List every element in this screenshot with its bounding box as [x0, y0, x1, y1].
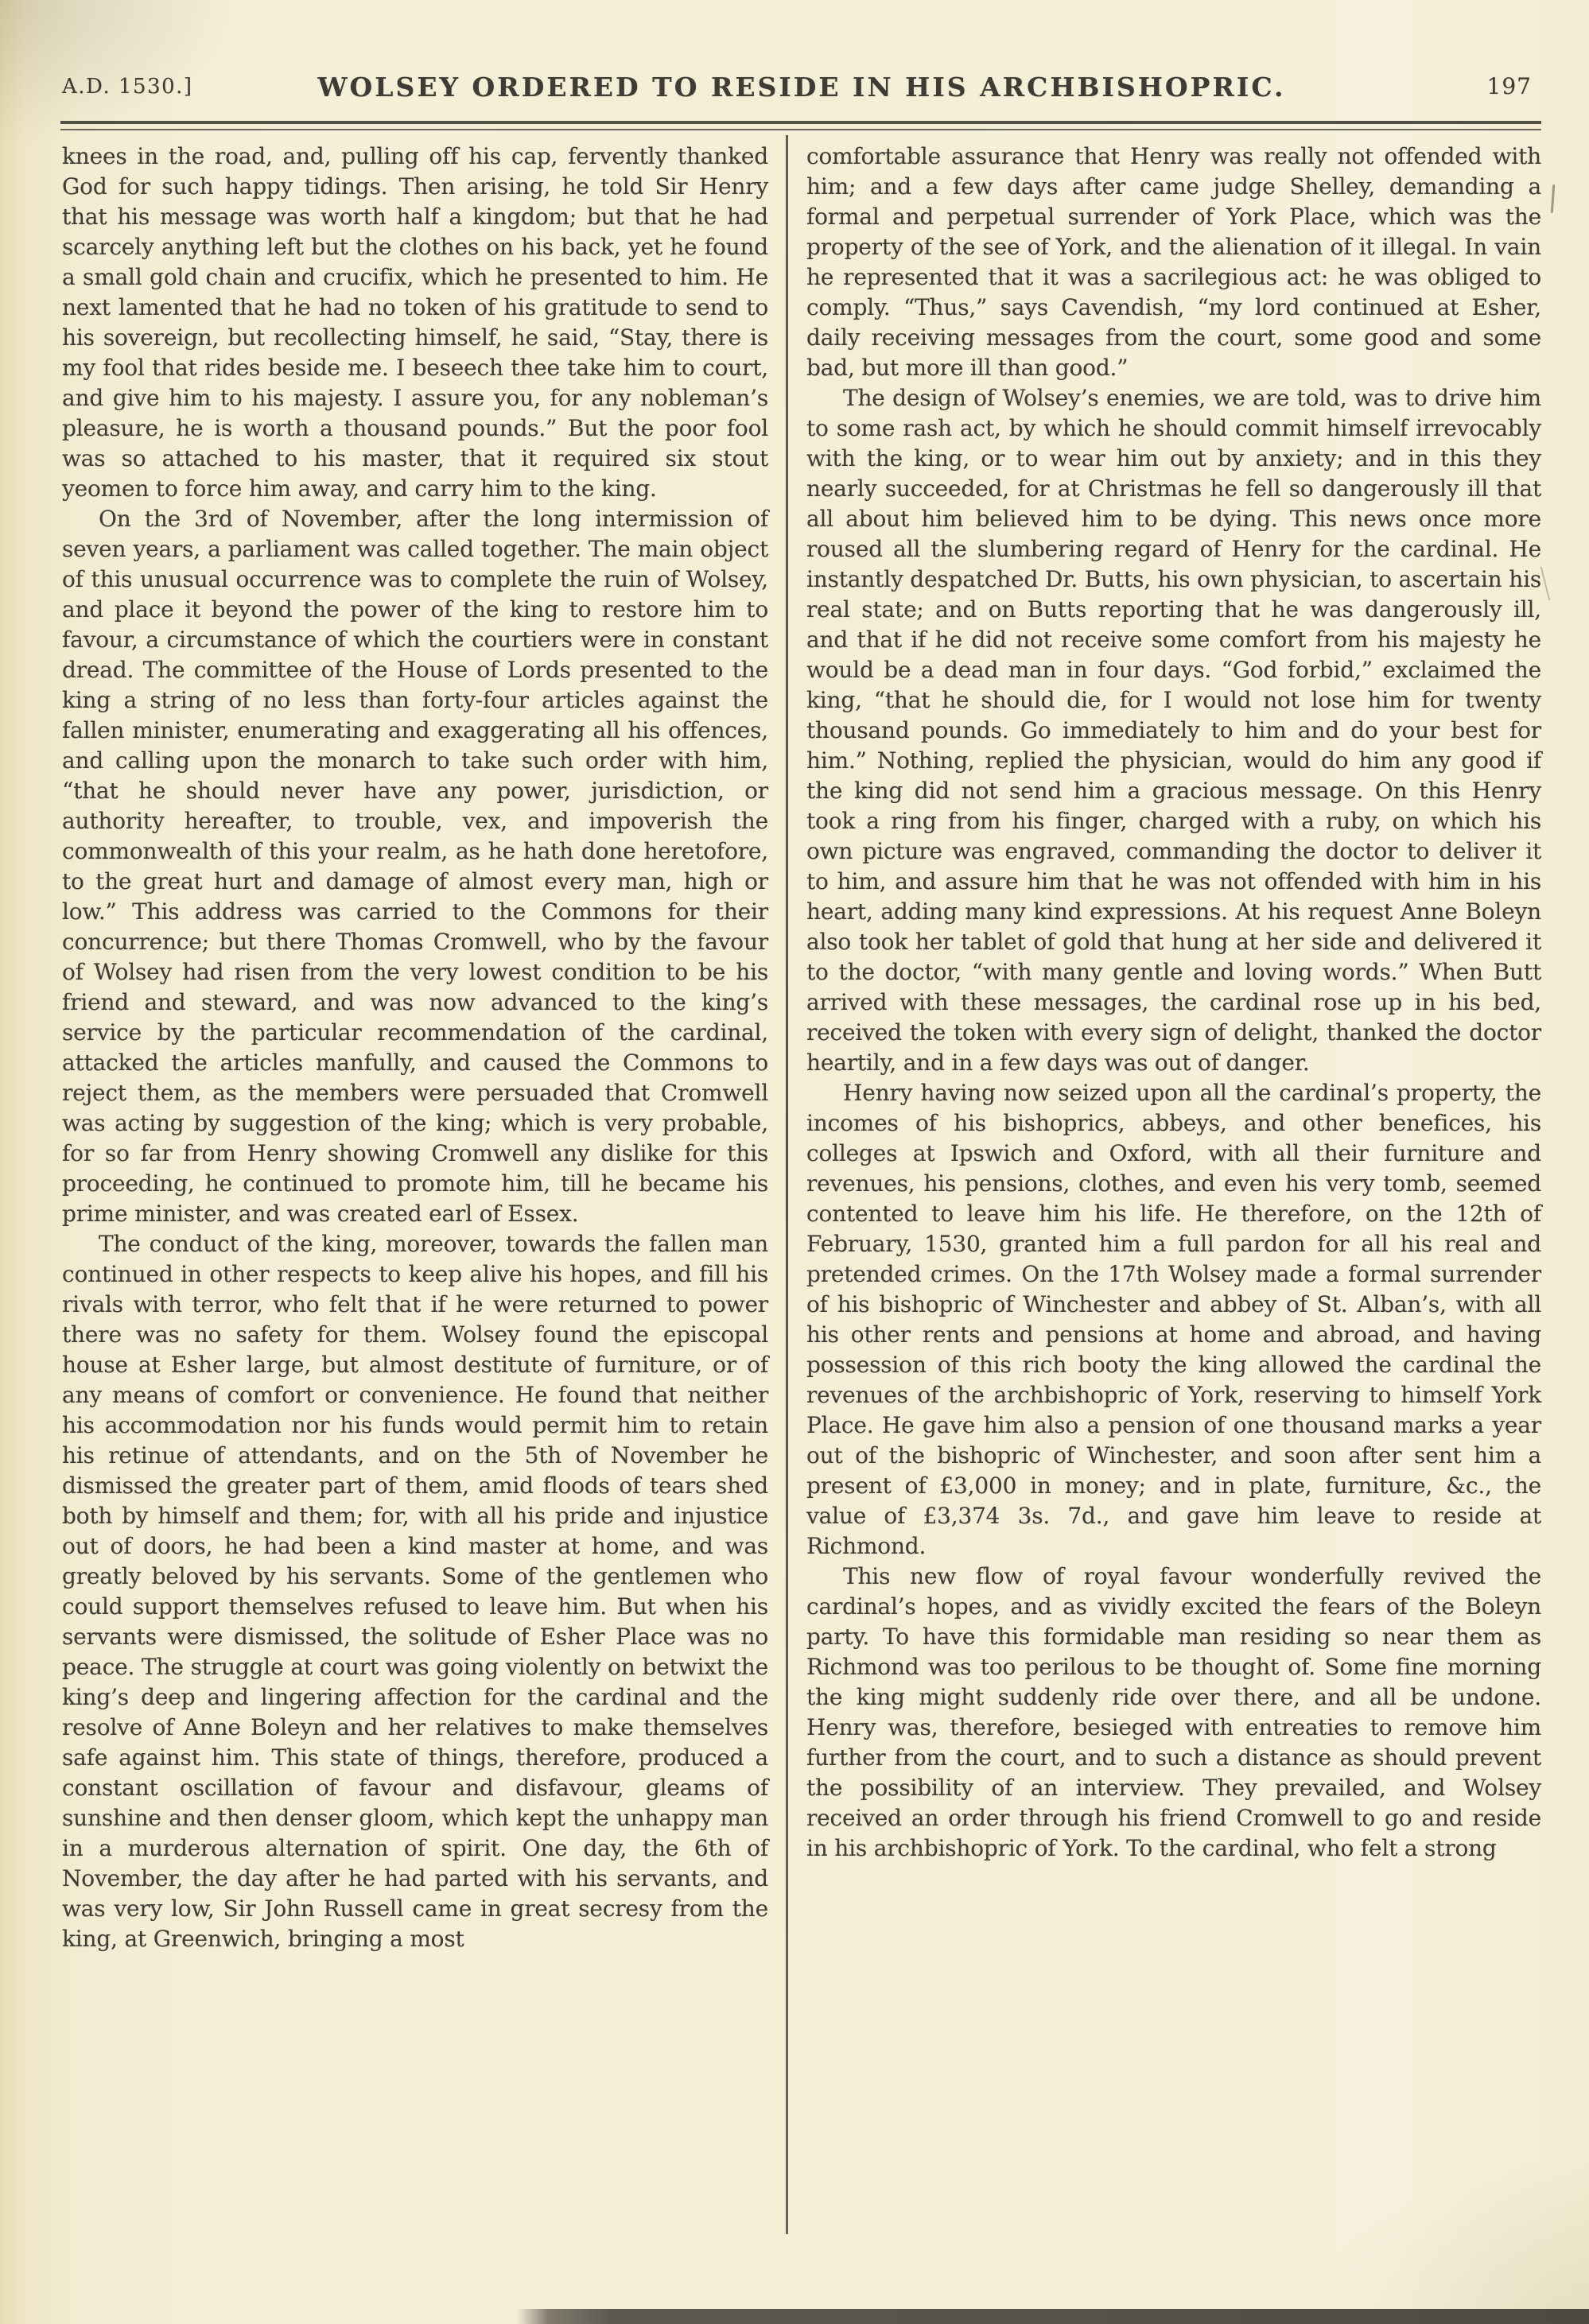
bottom-edge-shadow [517, 2309, 1589, 2324]
paragraph: knees in the road, and, pulling off his … [62, 142, 768, 504]
left-column: knees in the road, and, pulling off his … [62, 142, 768, 1954]
margin-mark [1551, 184, 1556, 213]
header-rule [60, 121, 1541, 130]
running-head-title: WOLSEY ORDERED TO RESIDE IN HIS ARCHBISH… [62, 72, 1541, 103]
book-page: A.D. 1530.] WOLSEY ORDERED TO RESIDE IN … [0, 0, 1589, 2324]
paragraph: Henry having now seized upon all the car… [806, 1078, 1541, 1562]
page-number: 197 [1487, 73, 1532, 99]
paragraph: On the 3rd of November, after the long i… [62, 504, 768, 1229]
paragraph: The design of Wolsey’s enemies, we are t… [806, 383, 1541, 1078]
right-column: comfortable assurance that Henry was rea… [806, 142, 1541, 1864]
margin-mark [1540, 566, 1551, 600]
paragraph: comfortable assurance that Henry was rea… [806, 142, 1541, 383]
column-divider [786, 135, 788, 2234]
paragraph: The conduct of the king, moreover, towar… [62, 1229, 768, 1954]
paragraph: This new flow of royal favour wonderfull… [806, 1562, 1541, 1864]
